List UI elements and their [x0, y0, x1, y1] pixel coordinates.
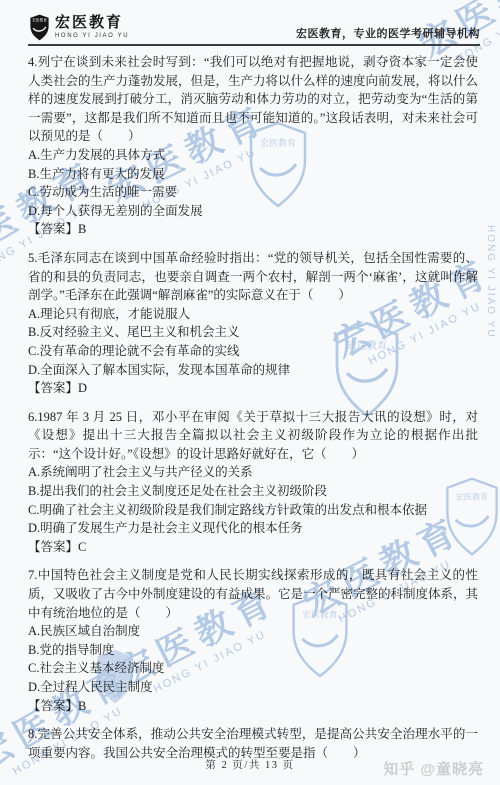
- logo-name: 宏医教育: [55, 16, 129, 31]
- option-c: C.劳动成为生活的唯一需要: [28, 183, 478, 202]
- logo-shield-icon: 宏医教育: [28, 14, 51, 41]
- document-page: 宏医教育 HONG YI JIAO YU 宏医教育 HONG YI JIAO Y…: [0, 0, 500, 785]
- answer-line: 【答案】B: [28, 220, 478, 239]
- question-7: 7.中国特色社会主义制度是党和人民长期实线探索形成的，既具有社会主义的性质，又吸…: [28, 566, 478, 715]
- question-stem: 5.毛泽东同志在谈到中国革命经验时指出：“党的领导机关，包括全国性需要的、省的和…: [28, 249, 478, 305]
- option-d: D.全过程人民民主制度: [28, 678, 478, 697]
- option-a: A.系统阐明了社会主义与共产径义的关系: [28, 463, 478, 482]
- questions-area: 4.列宁在谈到未来社会时写到：“我们可以绝对有把握地说，剥夺资本家一定会使人类社…: [28, 53, 478, 772]
- answer-line: 【答案】D: [28, 379, 478, 398]
- answer-line: 【答案】B: [28, 697, 478, 716]
- option-c: C.明确了社会主义初级阶段是我们制定路线方针政策的出发点和根本依据: [28, 501, 478, 520]
- watermark-vertical-text: HONG YI JIAO YU: [485, 225, 496, 339]
- answer-line: 【答案】C: [28, 538, 478, 557]
- zhihu-credit: 知乎 @童晓亮: [383, 758, 484, 779]
- question-stem: 6.1987 年 3 月 25 日，邓小平在审阅《关于草拟十三大报告大讯的设想》…: [28, 408, 478, 464]
- option-b: B.党的指导制度: [28, 641, 478, 660]
- question-stem: 4.列宁在谈到未来社会时写到：“我们可以绝对有把握地说，剥夺资本家一定会使人类社…: [28, 53, 478, 146]
- option-d: D.每个人获得无差别的全面发展: [28, 202, 478, 221]
- option-b: B.生产力将有更大的发展: [28, 165, 478, 184]
- question-4: 4.列宁在谈到未来社会时写到：“我们可以绝对有把握地说，剥夺资本家一定会使人类社…: [28, 53, 478, 239]
- logo-text: 宏医教育 HONG YI JIAO YU: [55, 16, 129, 39]
- option-c: C.社会主义基本经济制度: [28, 659, 478, 678]
- option-a: A.民族区域自治制度: [28, 622, 478, 641]
- question-stem: 7.中国特色社会主义制度是党和人民长期实线探索形成的，既具有社会主义的性质，又吸…: [28, 566, 478, 622]
- question-5: 5.毛泽东同志在谈到中国革命经验时指出：“党的领导机关，包括全国性需要的、省的和…: [28, 249, 478, 398]
- page-header: 宏医教育 宏医教育 HONG YI JIAO YU 宏医教育，专业的医学考研辅导…: [28, 8, 480, 46]
- question-6: 6.1987 年 3 月 25 日，邓小平在审阅《关于草拟十三大报告大讯的设想》…: [28, 408, 478, 557]
- logo-subname: HONG YI JIAO YU: [55, 33, 129, 39]
- option-a: A.生产力发展的具体方式: [28, 146, 478, 165]
- svg-text:宏医教育: 宏医教育: [32, 17, 47, 22]
- option-b: B.提出我们的社会主义制度还足处在社会主义初级阶段: [28, 482, 478, 501]
- option-d: D.明确了发展生产力是社会主义现代化的根本任务: [28, 519, 478, 538]
- option-a: A.理论只有彻底，才能说服人: [28, 305, 478, 324]
- option-d: D.全面深入了解本国实际，发现本国革命的规律: [28, 361, 478, 380]
- option-b: B.反对经验主义、尾巴主义和机会主义: [28, 323, 478, 342]
- header-tagline: 宏医教育，专业的医学考研辅导机构: [296, 25, 480, 41]
- option-c: C.没有革命的理论就不会有革命的实线: [28, 342, 478, 361]
- company-logo: 宏医教育 宏医教育 HONG YI JIAO YU: [28, 14, 129, 41]
